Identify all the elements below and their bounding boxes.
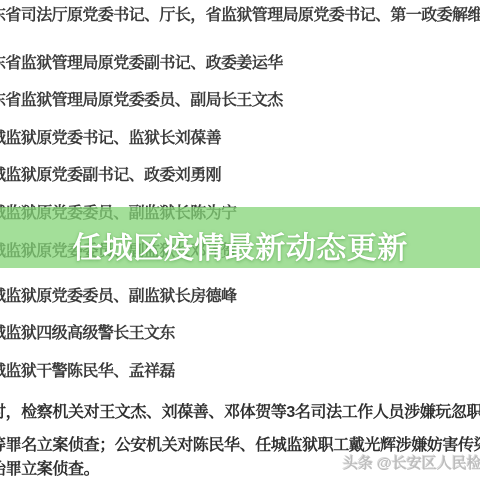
list-row: 城监狱干警陈民华、孟祥磊 — [0, 362, 480, 382]
list-row: 东省监狱管理局原党委委员、副局长王文杰 — [0, 91, 480, 111]
list-row: 城监狱原党委委员、副监狱长房德峰 — [0, 287, 480, 307]
list-row: 城监狱原党委副书记、政委刘勇刚 — [0, 166, 480, 186]
paragraph-line: 时，检察机关对王文杰、刘葆善、邓体贺等3名司法工作人员涉嫌玩忽职守 — [0, 403, 480, 423]
watermark: 头条 @长安区人民检察 — [343, 452, 480, 473]
list-row: 城监狱原党委书记、监狱长刘葆善 — [0, 129, 480, 149]
caption-title: 任城区疫情最新动态更新 — [0, 223, 480, 267]
article-image: 东省司法厅原党委书记、厅长，省监狱管理局原党委书记、第一政委解维俊 东省监狱管理… — [0, 0, 480, 480]
list-row: 东省监狱管理局原党委副书记、政委姜运华 — [0, 54, 480, 74]
list-row: 城监狱四级高级警长王文东 — [0, 324, 480, 344]
list-row: 东省司法厅原党委书记、厅长，省监狱管理局原党委书记、第一政委解维俊 — [0, 6, 480, 26]
